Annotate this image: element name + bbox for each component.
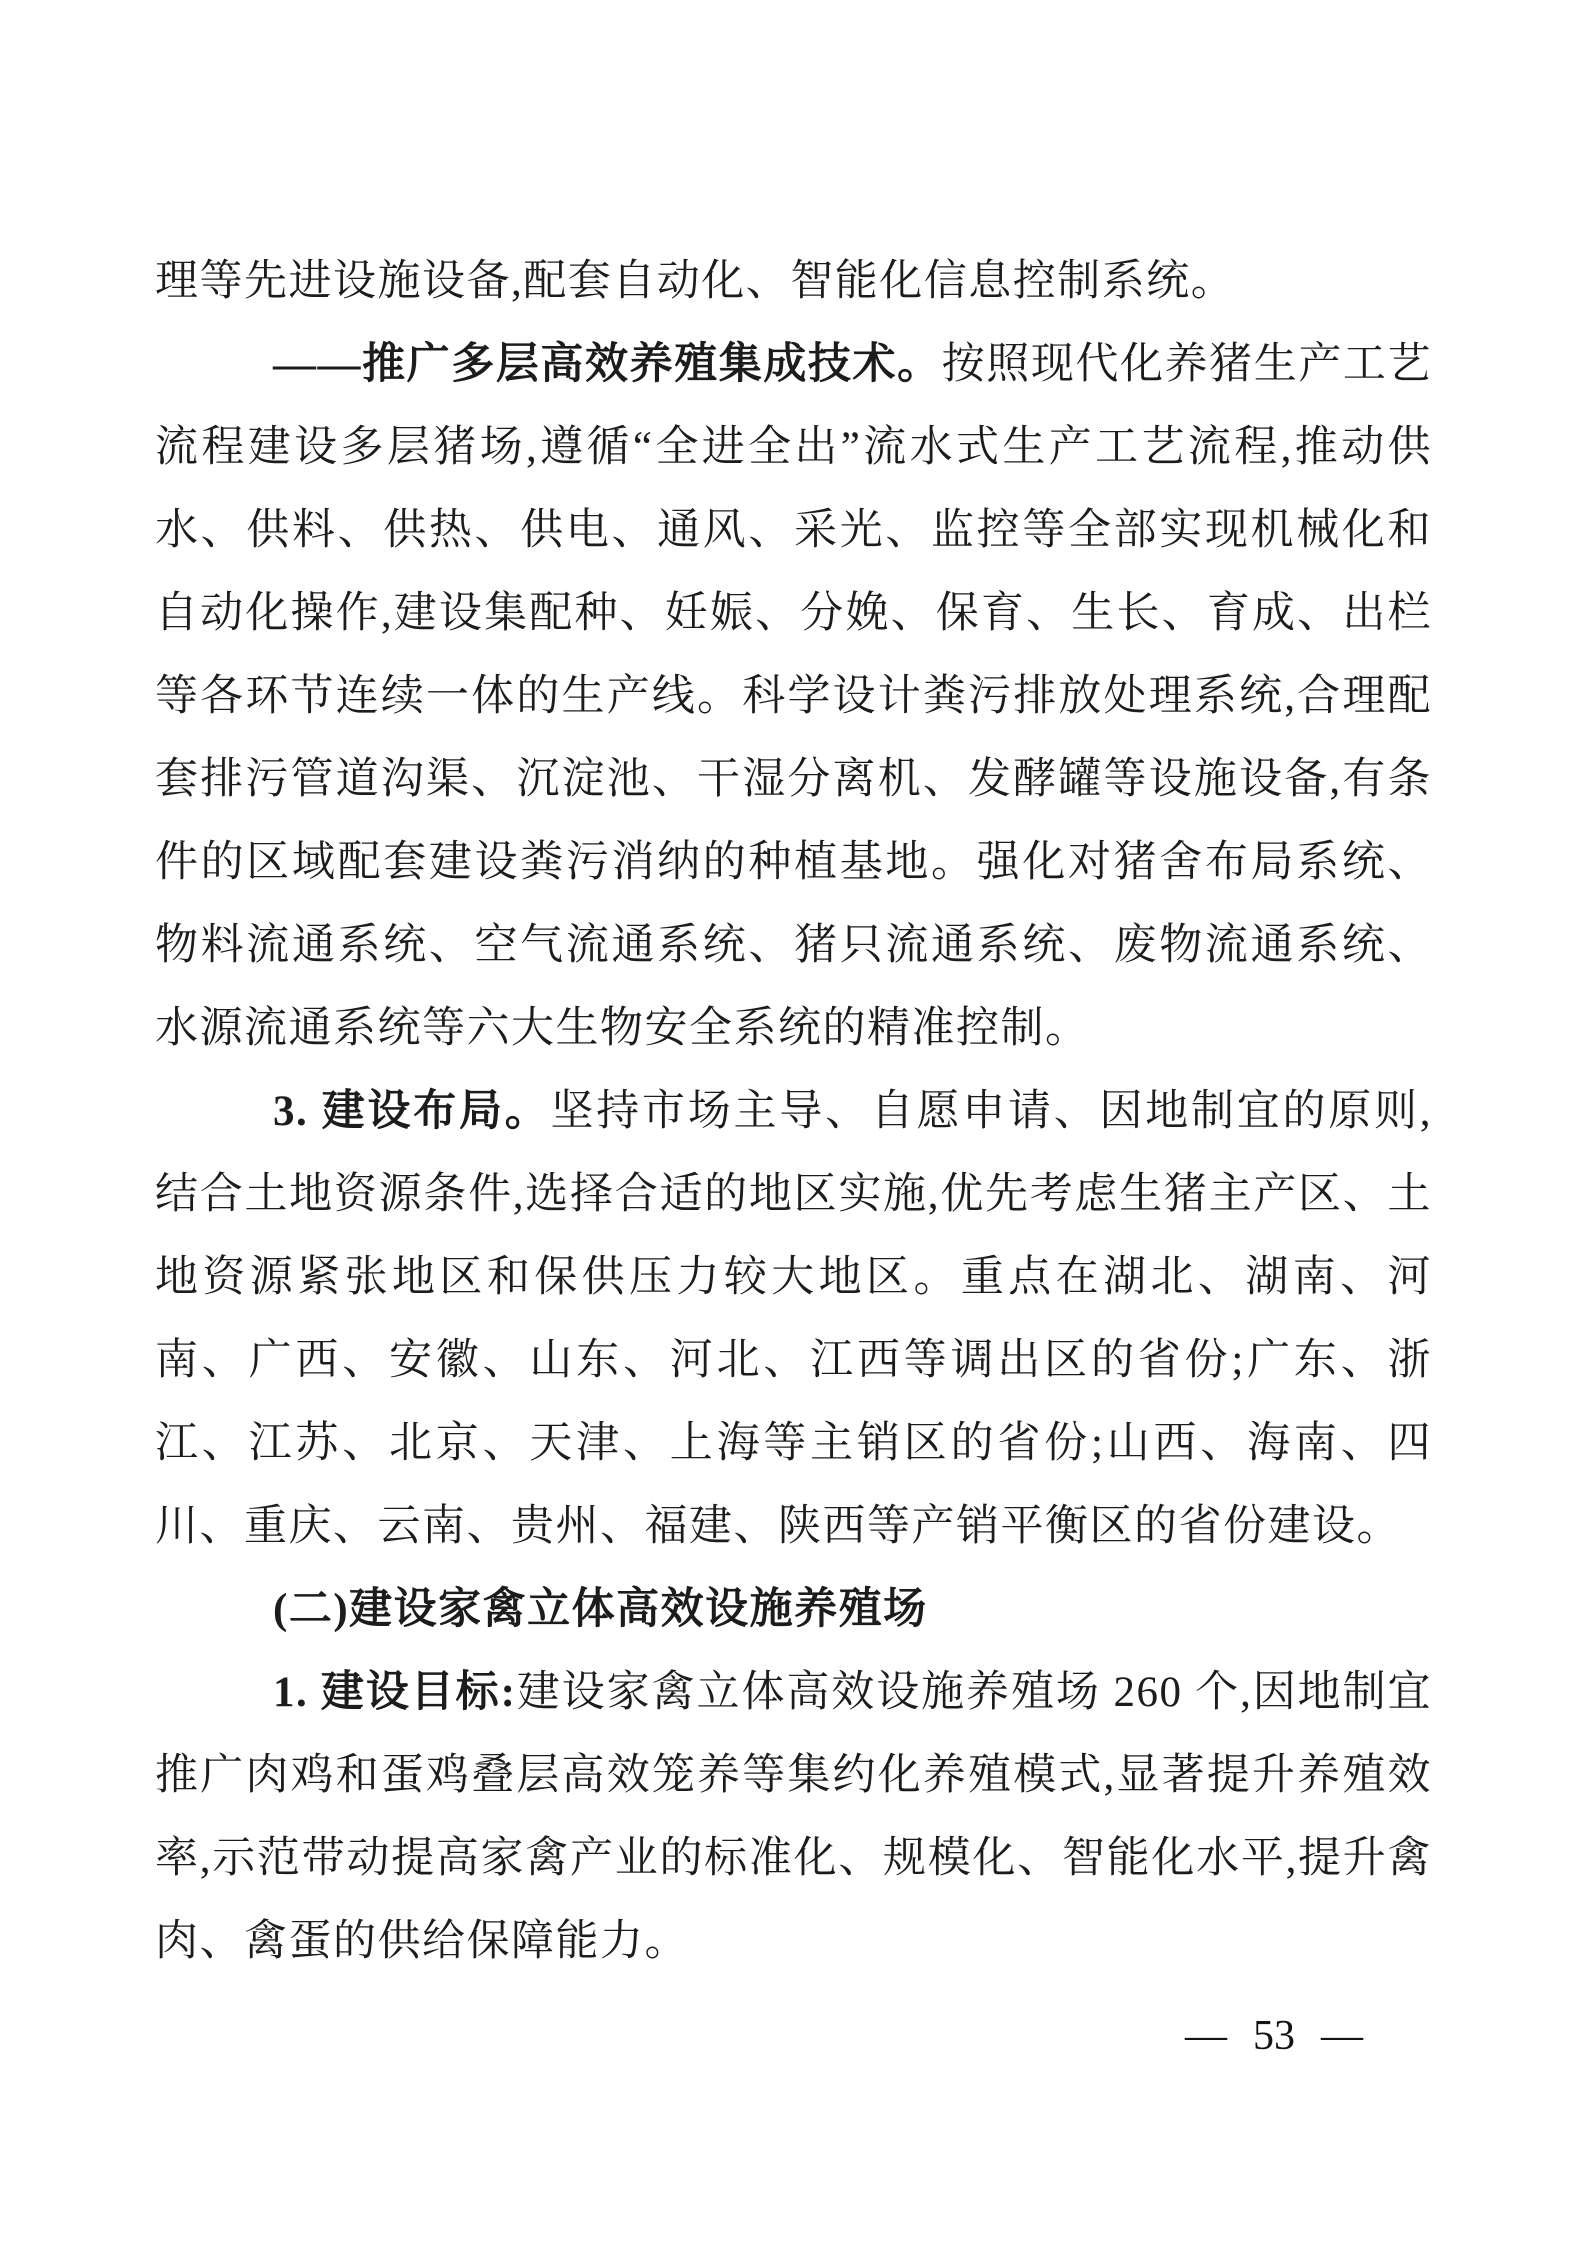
para-body-text: 按照现代化养猪生产工艺流程建设多层猪场,遵循“全进全出”流水式生产工艺流程,推动… [155,341,1432,1052]
heading-text: (二)建设家禽立体高效设施养殖场 [273,1586,928,1633]
para-lead-bold: 1. 建设目标: [273,1669,516,1716]
para-lead-bold: 3. 建设布局。 [273,1088,551,1135]
document-page: 理等先进设施设备,配套自动化、智能化信息控制系统。 ——推广多层高效养殖集成技术… [0,0,1587,2245]
page-number: —53— [1185,2012,1363,2060]
heading-poultry-section: (二)建设家禽立体高效设施养殖场 [155,1568,1432,1651]
para-facilities-continuation: 理等先进设施设备,配套自动化、智能化信息控制系统。 [155,240,1432,323]
page-number-left-dash: — [1185,2012,1227,2060]
para-poultry-target: 1. 建设目标:建设家禽立体高效设施养殖场 260 个,因地制宜推广肉鸡和蛋鸡叠… [155,1651,1432,1983]
para-body-text: 理等先进设施设备,配套自动化、智能化信息控制系统。 [155,258,1235,305]
para-multilayer-breeding-tech: ——推广多层高效养殖集成技术。按照现代化养猪生产工艺流程建设多层猪场,遵循“全进… [155,323,1432,1070]
page-number-value: 53 [1253,2012,1295,2060]
document-body: 理等先进设施设备,配套自动化、智能化信息控制系统。 ——推广多层高效养殖集成技术… [155,240,1432,1983]
para-body-text: 坚持市场主导、自愿申请、因地制宜的原则,结合土地资源条件,选择合适的地区实施,优… [155,1088,1432,1550]
para-lead-bold: ——推广多层高效养殖集成技术。 [273,341,942,388]
page-number-right-dash: — [1321,2012,1363,2060]
para-construction-layout: 3. 建设布局。坚持市场主导、自愿申请、因地制宜的原则,结合土地资源条件,选择合… [155,1070,1432,1568]
